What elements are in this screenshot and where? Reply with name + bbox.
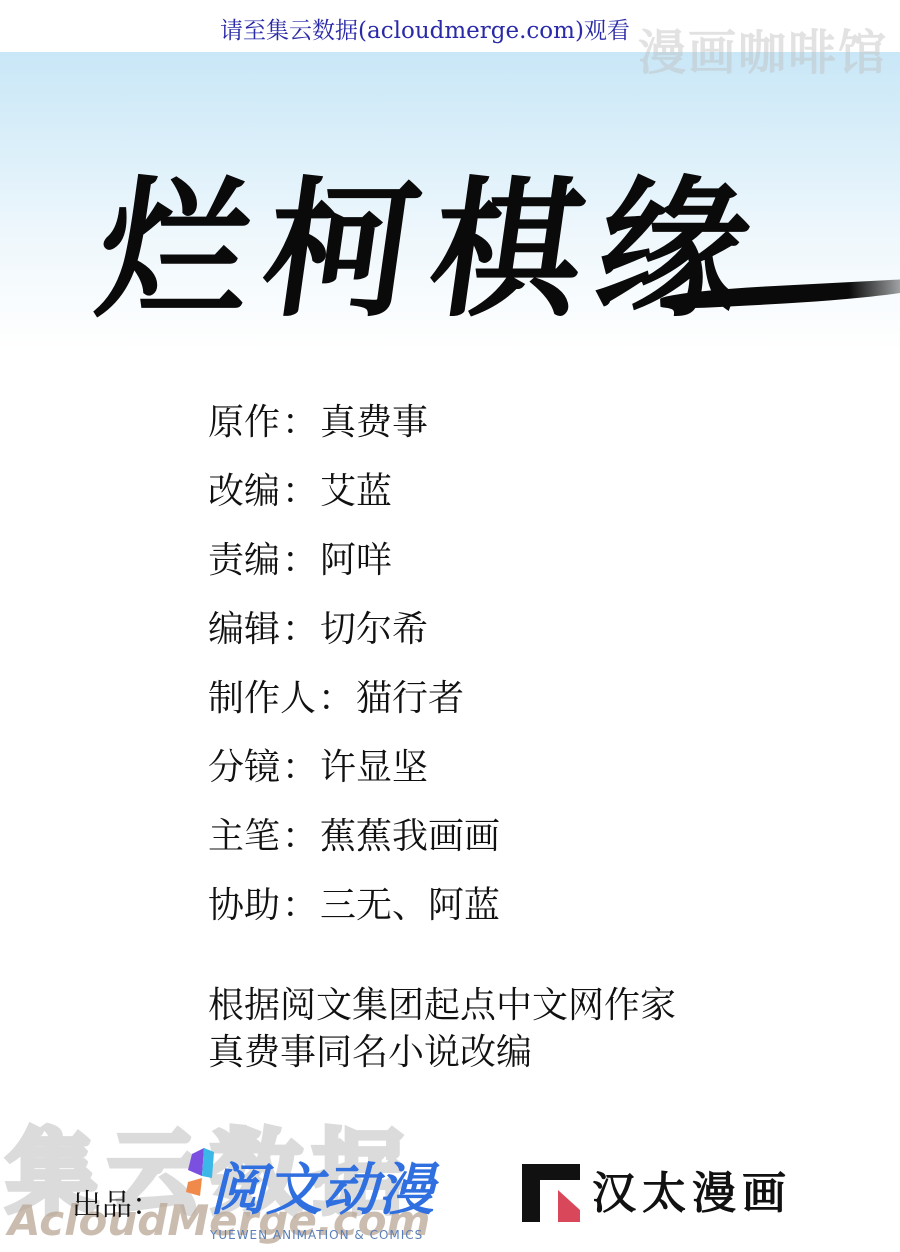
credit-role: 原作: [208, 394, 280, 445]
credit-separator: ：: [280, 601, 320, 652]
hantai-logo-text: 汉太漫画: [592, 1166, 792, 1222]
credit-name: 阿咩: [320, 532, 392, 583]
credit-row-editor: 编辑 ： 切尔希: [208, 592, 500, 661]
yuewen-logo-subtitle: YUEWEN ANIMATION & COMICS: [210, 1228, 423, 1242]
credit-row-producer: 制作人 ： 猫行者: [208, 661, 500, 730]
credit-separator: ：: [280, 808, 320, 859]
credit-separator: ：: [316, 670, 356, 721]
credit-row-storyboard: 分镜 ： 许显坚: [208, 730, 500, 799]
hantai-comics-logo: 汉太漫画: [522, 1164, 802, 1224]
comic-title-text: 烂柯棋缘: [88, 165, 776, 335]
adaptation-note-line-2: 真费事同名小说改编: [208, 1029, 676, 1076]
credit-separator: ：: [280, 877, 320, 928]
credit-row-adaptation: 改编 ： 艾蓝: [208, 454, 500, 523]
yuewen-logo-text: 阅文动漫: [210, 1156, 434, 1226]
yuewen-animation-logo: 阅文动漫 YUEWEN ANIMATION & COMICS: [186, 1148, 456, 1244]
credit-name: 三无、阿蓝: [320, 877, 500, 928]
credit-separator: ：: [280, 394, 320, 445]
credit-name: 真费事: [320, 394, 428, 445]
credit-role: 协助: [208, 877, 280, 928]
credit-name: 切尔希: [320, 601, 428, 652]
credit-role: 责编: [208, 532, 280, 583]
adaptation-note-line-1: 根据阅文集团起点中文网作家: [208, 982, 676, 1029]
comic-title-logo: 烂柯棋缘: [100, 135, 840, 345]
credit-row-responsible-editor: 责编 ： 阿咩: [208, 523, 500, 592]
credit-separator: ：: [280, 463, 320, 514]
credit-name: 猫行者: [356, 670, 464, 721]
hantai-logo-mark-icon: [522, 1164, 580, 1222]
credits-list: 原作 ： 真费事 改编 ： 艾蓝 责编 ： 阿咩 编辑 ： 切尔希 制作人 ： …: [208, 385, 500, 937]
adaptation-note: 根据阅文集团起点中文网作家 真费事同名小说改编: [208, 982, 676, 1076]
credit-role: 主笔: [208, 808, 280, 859]
credit-row-assistants: 协助 ： 三无、阿蓝: [208, 868, 500, 937]
credit-separator: ：: [280, 532, 320, 583]
credit-row-original-author: 原作 ： 真费事: [208, 385, 500, 454]
credit-name: 蕉蕉我画画: [320, 808, 500, 859]
credit-separator: ：: [280, 739, 320, 790]
credit-name: 许显坚: [320, 739, 428, 790]
credit-role: 编辑: [208, 601, 280, 652]
credit-row-lead-artist: 主笔 ： 蕉蕉我画画: [208, 799, 500, 868]
credit-role: 改编: [208, 463, 280, 514]
credit-name: 艾蓝: [320, 463, 392, 514]
source-banner-link[interactable]: 请至集云数据(acloudmerge.com)观看: [0, 12, 850, 45]
credit-role: 制作人: [208, 670, 316, 721]
credit-role: 分镜: [208, 739, 280, 790]
publisher-label: 出品：: [72, 1180, 162, 1224]
